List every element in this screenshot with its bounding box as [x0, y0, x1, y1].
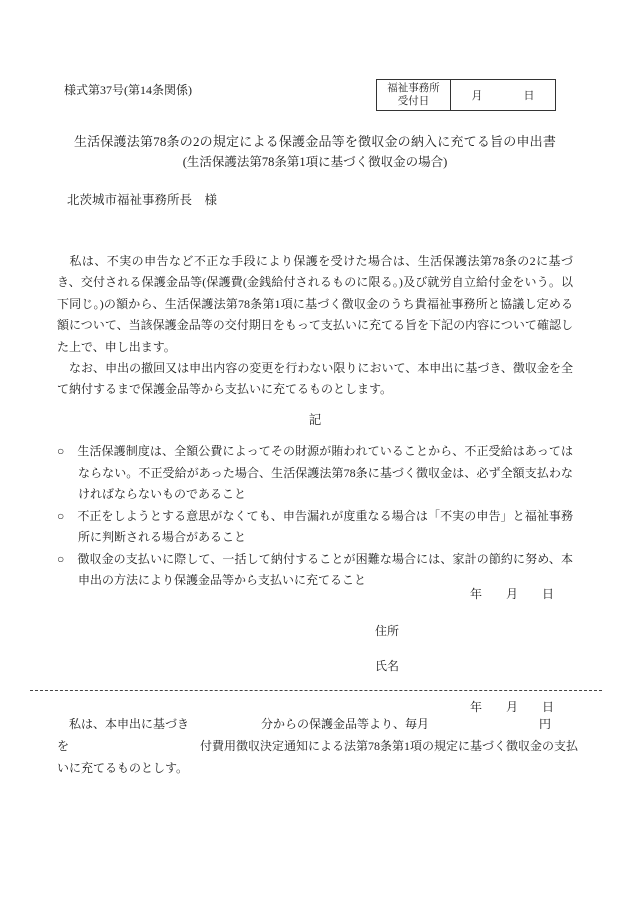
main-body-text: 私は、不実の申告など不正な手段により保護を受けた場合は、生活保護法第78条の2に…: [57, 251, 573, 401]
list-item-text: 不正をしようとする意思がなくても、申告漏れが度重なる場合は「不実の申告」と福祉事…: [77, 509, 573, 545]
receipt-day-label: 日: [524, 87, 535, 103]
bottom-line3-text: いに充てるものとしす。: [57, 761, 188, 775]
document-title: 生活保護法第78条の2の規定による保護金品等を徴収金の納入に充てる旨の申出書: [0, 131, 630, 150]
address-field-label: 住所: [375, 622, 399, 639]
addressee-line: 北茨城市福祉事務所長 様: [67, 190, 217, 208]
list-item-text: 徴収金の支払いに際して、一括して納付することが困難な場合には、家計の節約に努め、…: [77, 552, 573, 588]
date-field-upper: 年 月 日: [470, 585, 554, 602]
bottom-line-2: を付費用徴収決定通知による法第78条第1項の規定に基づく徴収金の支払: [57, 735, 577, 757]
circle-bullet-icon: ○: [57, 444, 64, 458]
bottom-line2-text-b: 付費用徴収決定通知による法第78条第1項の規定に基づく徴収金の支払: [200, 739, 578, 753]
body-paragraph-2: なお、申出の撤回又は申出内容の変更を行わない限りにおいて、本申出に基づき、徴収金…: [57, 358, 573, 401]
fill-blank-notice-date: [69, 749, 200, 750]
receipt-month-label: 月: [472, 87, 483, 103]
list-heading: 記: [0, 410, 630, 428]
receipt-box-label: 福祉事務所 受付日: [377, 80, 451, 110]
receipt-date-cell: 月 日: [451, 80, 555, 110]
circle-bullet-icon: ○: [57, 552, 64, 566]
list-item: ○生活保護制度は、全額公費によってその財源が賄われていることから、不正受給はあっ…: [57, 441, 573, 506]
list-item-text: 生活保護制度は、全額公費によってその財源が賄われていることから、不正受給はあって…: [77, 444, 573, 501]
name-field-label: 氏名: [375, 657, 399, 674]
notice-bullet-list: ○生活保護制度は、全額公費によってその財源が賄われていることから、不正受給はあっ…: [57, 441, 573, 592]
list-item: ○不正をしようとする意思がなくても、申告漏れが度重なる場合は「不実の申告」と福祉…: [57, 506, 573, 549]
receipt-date-box: 福祉事務所 受付日 月 日: [376, 79, 556, 111]
form-number-label: 様式第37号(第14条関係): [64, 81, 192, 98]
form-page: 様式第37号(第14条関係) 福祉事務所 受付日 月 日 生活保護法第78条の2…: [0, 0, 630, 903]
dashed-separator: [30, 690, 602, 691]
receipt-box-office-line: 福祉事務所: [387, 82, 440, 95]
bottom-declaration: 私は、本申出に基づき分からの保護金品等より、毎月円 を付費用徴収決定通知による法…: [57, 713, 577, 779]
bottom-line-3: いに充てるものとしす。: [57, 757, 577, 779]
bottom-line-1: 私は、本申出に基づき分からの保護金品等より、毎月円: [57, 713, 577, 735]
bottom-line2-text-a: を: [57, 739, 69, 753]
circle-bullet-icon: ○: [57, 509, 64, 523]
body-paragraph-1: 私は、不実の申告など不正な手段により保護を受けた場合は、生活保護法第78条の2に…: [57, 251, 573, 358]
fill-blank-period: [189, 727, 261, 728]
bottom-line1-text-a: 私は、本申出に基づき: [57, 717, 189, 731]
bottom-line1-text-c: 円: [539, 717, 551, 731]
receipt-box-date-line: 受付日: [398, 95, 430, 108]
fill-blank-amount: [429, 727, 539, 728]
document-subtitle: (生活保護法第78条第1項に基づく徴収金の場合): [0, 152, 630, 170]
bottom-line1-text-b: 分からの保護金品等より、毎月: [261, 717, 429, 731]
